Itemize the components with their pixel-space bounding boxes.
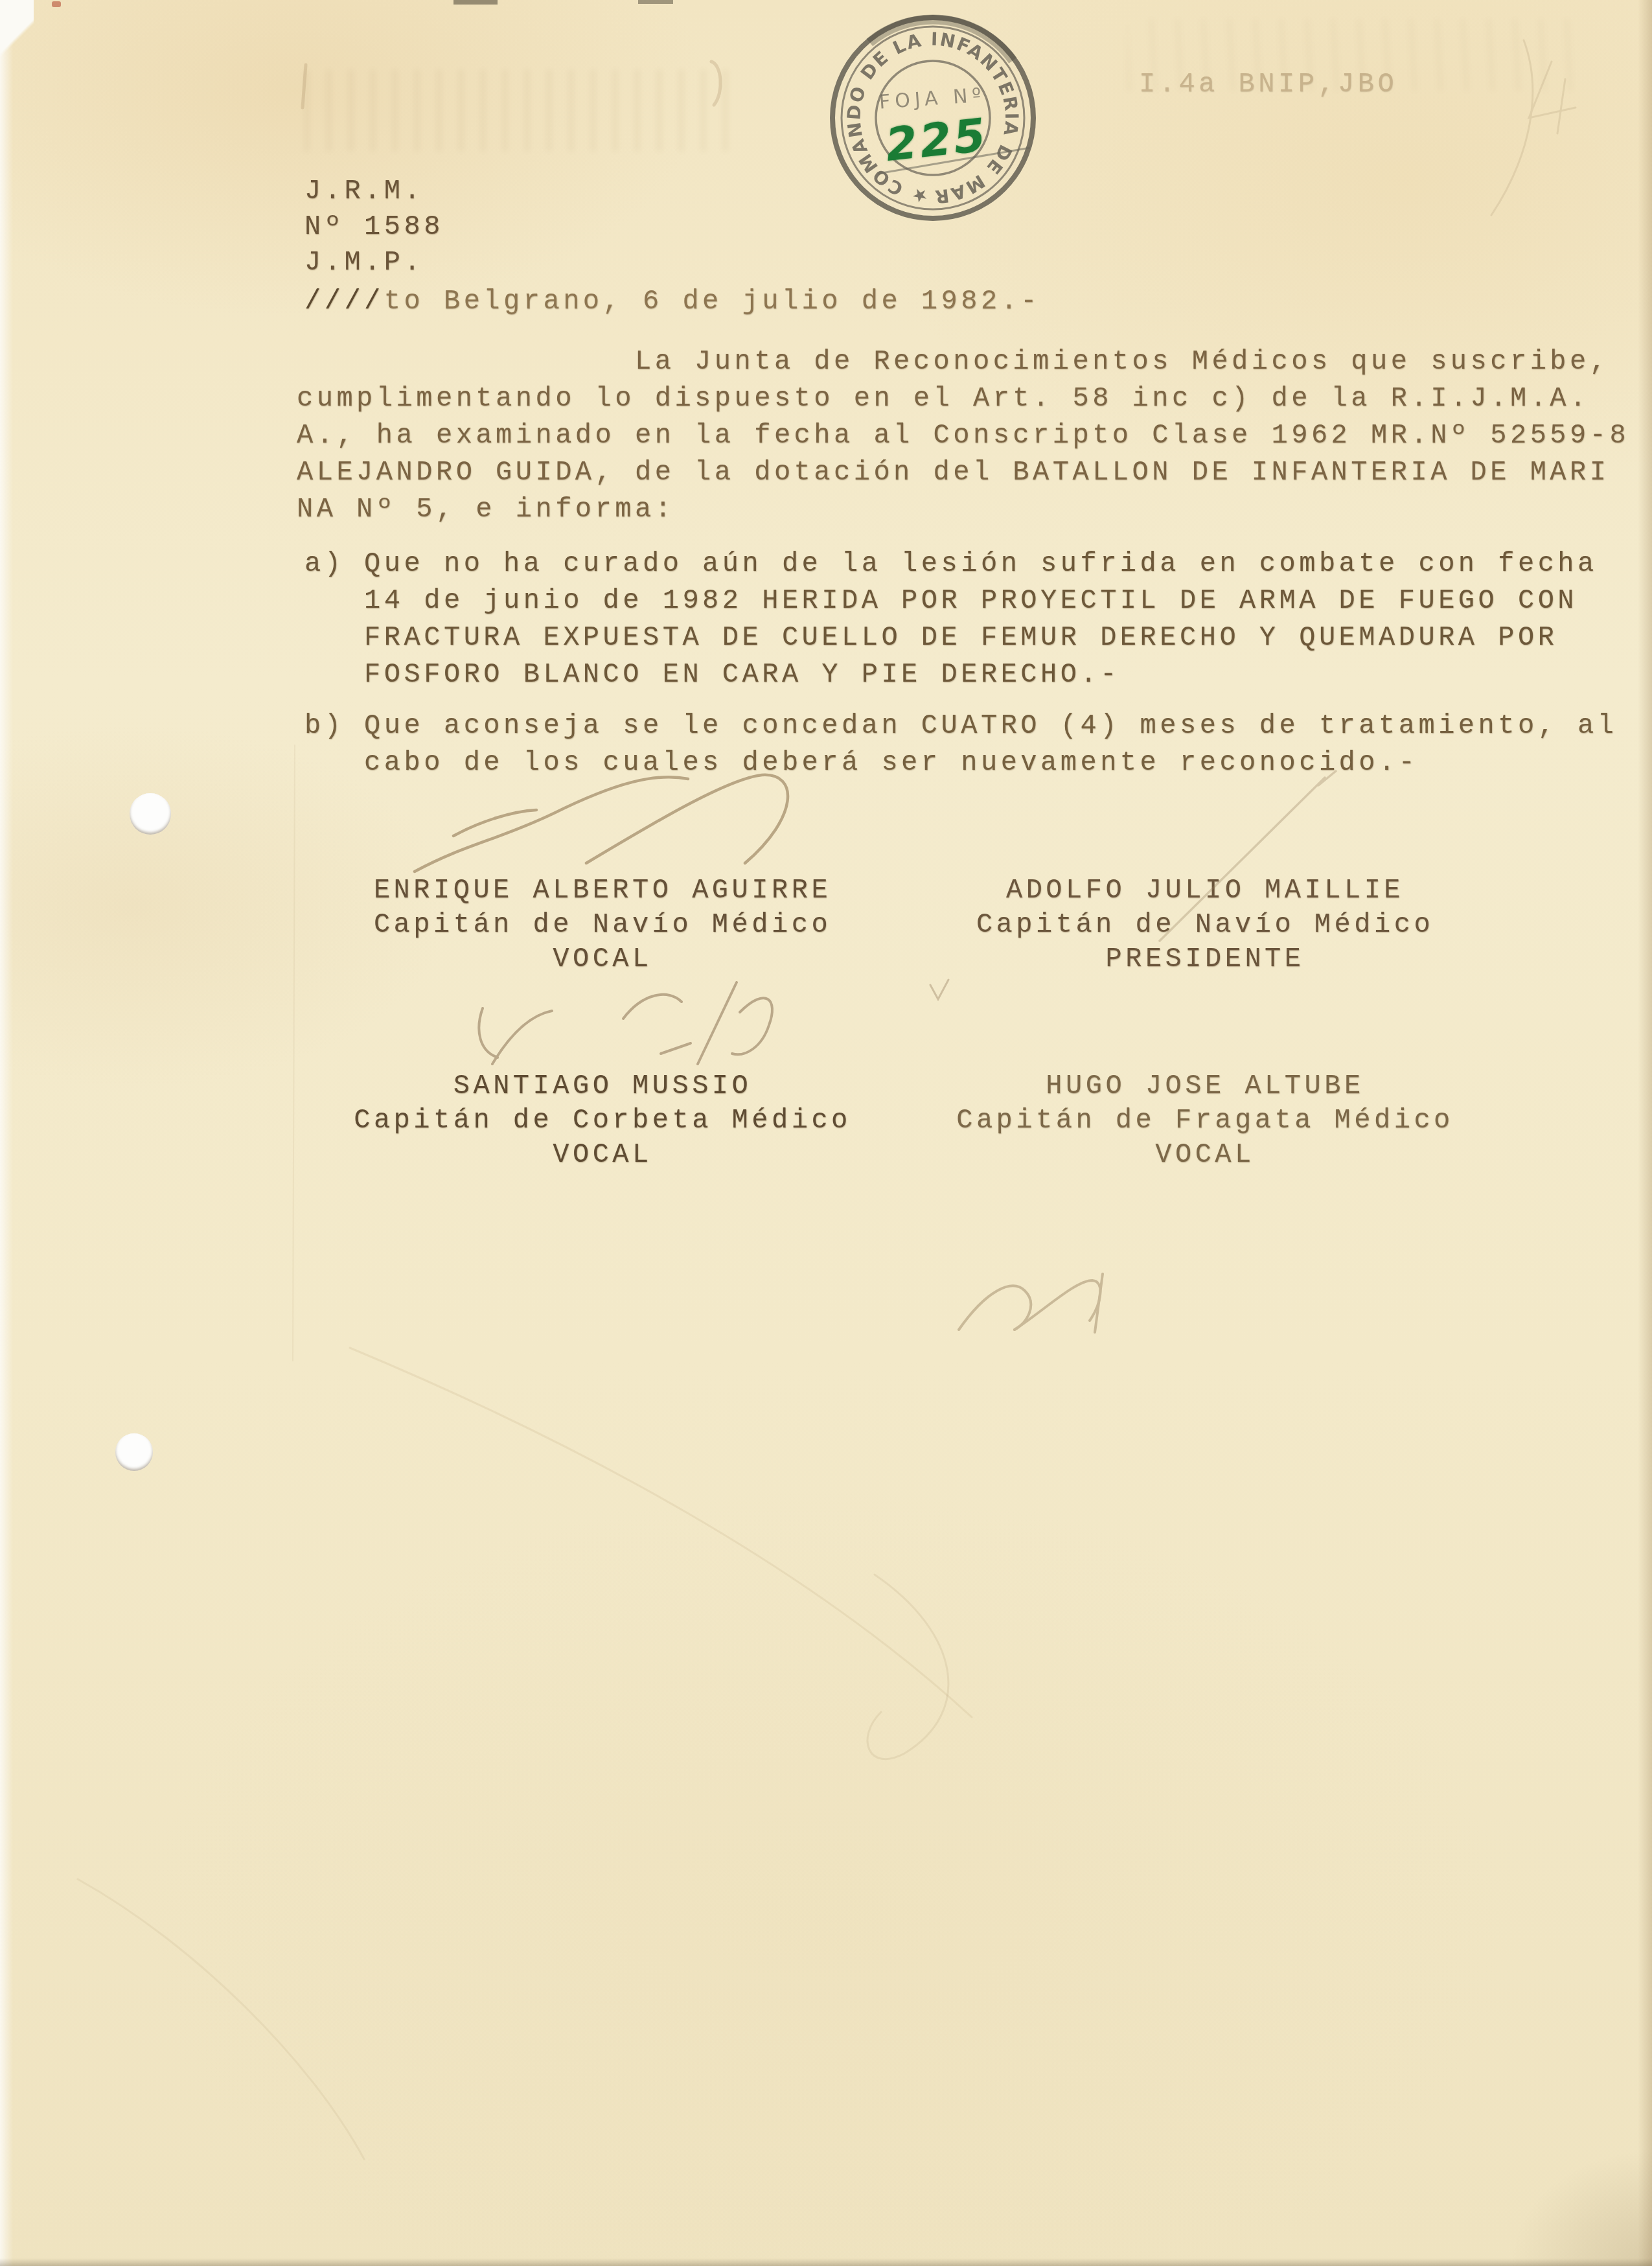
pencil-check-mark	[930, 980, 948, 999]
faint-pencil-scrawl	[959, 1274, 1103, 1332]
handwritten-signature-aguirre	[415, 775, 788, 872]
faint-corner-pencil-marks	[1491, 40, 1576, 215]
scanned-document-page: I.4a BNIP,JBO ★ COMANDO DE LA INFANTERIA…	[0, 0, 1652, 2266]
pencil-line-maillie	[1160, 771, 1336, 941]
pencil-and-crease-overlay	[0, 0, 1652, 2266]
handwritten-signature-mussio	[479, 982, 772, 1064]
ghost-bracket-marks	[303, 62, 720, 108]
paper-creases	[78, 745, 972, 2159]
